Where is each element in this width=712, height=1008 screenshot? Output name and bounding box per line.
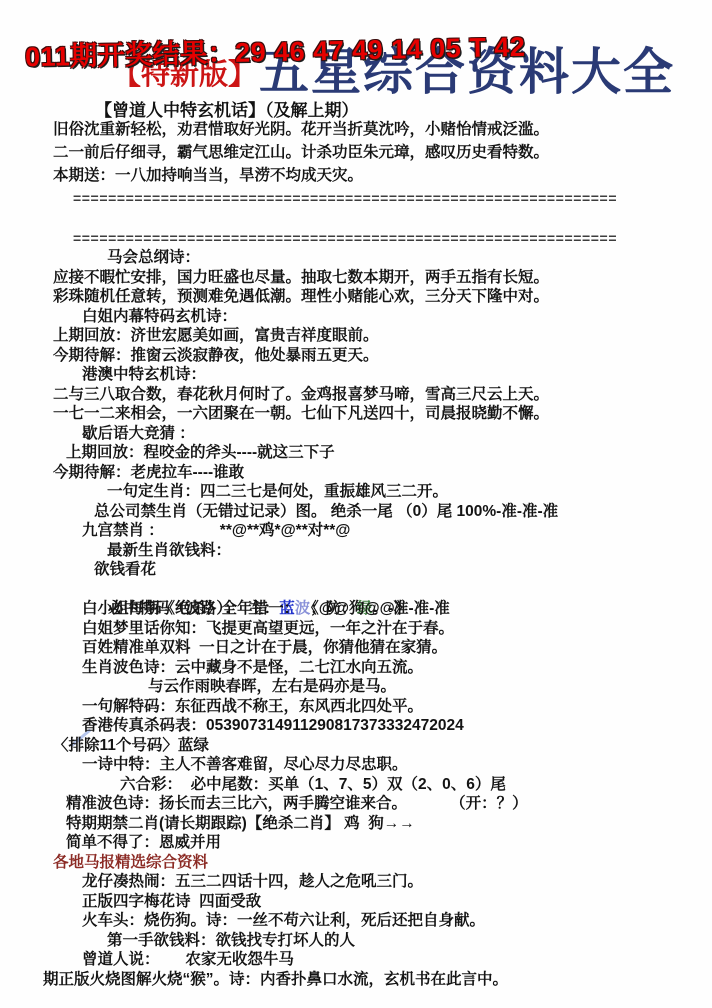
zodiac-wave-verse-1: 生肖波色诗：云中藏身不是怪，二七江水向五流。 bbox=[82, 658, 702, 678]
section-title-baijie: 白姐内幕特码玄机诗： bbox=[82, 307, 702, 327]
baixing-odd-even: 百姓精准单双料 一日之计在于晨，你猜他猜在家猜。 bbox=[82, 638, 702, 658]
exclude-numbers: 〈排除11个号码〉蓝绿 bbox=[53, 736, 702, 756]
section-title-xiehouyu: 歇后语大竞猜 ： bbox=[82, 424, 702, 444]
hk-fax-kill-code-table: 香港传真杀码表：053907314911290817373332472024 bbox=[82, 716, 702, 736]
longzai-verse: 龙仔凑热闹：五三二四话十四，趁人之危吼三门。 bbox=[82, 872, 702, 892]
latest-zodiac-title: 最新生肖欲钱料： bbox=[107, 541, 702, 561]
poem-special-hit: 一诗中特：主人不善客难留，尽心尽力尽忠职。 bbox=[82, 755, 702, 775]
xiehouyu-current-issue: 今期待解：老虎拉车----谁敢 bbox=[53, 463, 702, 483]
baijie-current-issue: 今期待解：推窗云淡寂静夜，他处暴雨五更天。 bbox=[53, 346, 702, 366]
section-title-mahui: 马会总纲诗： bbox=[107, 248, 702, 268]
one-line-zodiac: 一句定生肖：四二三七是何处，重振雄风三二开。 bbox=[107, 482, 702, 502]
plum-blossom-verse: 正版四字梅花诗 四面受敌 bbox=[82, 892, 702, 912]
simple-hint: 简单不得了：恩威并用 bbox=[66, 833, 702, 853]
mahui-verse-2: 彩珠随机任意转，预测难免遇低潮。理性小赌能心欢，三分天下隆中对。 bbox=[53, 287, 702, 307]
intro-line-2: 二一前后仔细寻，霸气思维定江山。计杀功臣朱元璋，感叹历史看特数。 bbox=[53, 141, 702, 164]
banned-two-zodiac: 特期期禁二肖(请长期跟踪)【绝杀二肖】 鸡 狗→→ bbox=[66, 814, 702, 834]
intro-line-1: 旧俗沈重新轻松，劝君惜取好光阴。花开当折莫沈吟，小赌怡情戒泛滥。 bbox=[53, 118, 702, 141]
lottery-info-sheet: 011期开奖结果：29 46 47 49 14 05 T 42 【特新版】 五星… bbox=[0, 0, 712, 1008]
zengdaoren-saying: 曾道人说： 农家无收怨牛马 bbox=[82, 950, 702, 970]
liuhecai-tail-numbers: 六合彩： 必中尾数：买单（1、7、5）双（2、0、6）尾 bbox=[120, 775, 702, 795]
first-hand-clue: 第一手欲钱料：欲钱找专打坏人的人 bbox=[107, 931, 702, 951]
precise-wave-verse: 精准波色诗：扬长而去三比六，两手腾空谁来合。 （开：？） bbox=[66, 794, 702, 814]
jiugong-ban-zodiac: 九宫禁肖 ： **@**鸡*@**对**@ bbox=[82, 521, 702, 541]
gangao-verse-2: 一七一二来相会，一六团聚在一朝。七仙下凡送四十，司晨报晓勤不懈。 bbox=[53, 404, 702, 424]
regional-report-section-title: 各地马报精选综合资料 bbox=[53, 853, 702, 873]
baixiaojie-juesha: 白小姐每期《绝杀》全年错一： 《@@狗@@》 bbox=[82, 599, 702, 619]
yuqian-clue: 欲钱看花 bbox=[94, 560, 702, 580]
section-title-gangao: 港澳中特玄机诗： bbox=[82, 365, 702, 385]
gangao-verse-1: 二与三八取合数，春花秋月何时了。金鸡报喜梦马啼，雪高三尺云上天。 bbox=[53, 385, 702, 405]
mahui-verse-1: 应接不暇忙安排，国力旺盛也尽量。抽取七数本期开，两手五指有长短。 bbox=[53, 268, 702, 288]
fire-burn-diagram-verse: 期正版火烧图解火烧“猴”。诗：内香扑鼻口水流，玄机书在此言中。 bbox=[43, 970, 702, 990]
separator-line: ========================================… bbox=[73, 189, 702, 207]
content: 旧俗沈重新轻松，劝君惜取好光阴。花开当折莫沈吟，小赌怡情戒泛滥。 二一前后仔细寻… bbox=[53, 118, 702, 989]
xiehouyu-last-issue: 上期回放：程咬金的斧头----就这三下子 bbox=[66, 443, 702, 463]
baijie-dream-hint: 白姐梦里话你知：飞提更高望更远，一年之汁在于春。 bbox=[82, 619, 702, 639]
intro-line-3: 本期送：一八加持响当当，旱涝不均成天灾。 bbox=[53, 164, 702, 187]
intro-section: 旧俗沈重新轻松，劝君惜取好光阴。花开当折莫沈吟，小赌怡情戒泛滥。 二一前后仔细寻… bbox=[53, 118, 702, 187]
one-line-special-code: 一句解特码：东征西战不称王，东风西北四处平。 bbox=[82, 697, 702, 717]
separator-line: ========================================… bbox=[73, 229, 702, 247]
header: 011期开奖结果：29 46 47 49 14 05 T 42 【特新版】 五星… bbox=[0, 0, 712, 118]
train-head-verse: 火车头：烧伤狗。诗：一丝不苟六让利，死后还把自身献。 bbox=[82, 911, 702, 931]
baijie-last-issue: 上期回放：济世宏愿美如画，富贵吉祥度眼前。 bbox=[53, 326, 702, 346]
zodiac-wave-verse-2: 与云作雨映春晖，左右是码亦是马。 bbox=[148, 677, 702, 697]
company-ban-zodiac: 总公司禁生肖（无错过记录）图。 绝杀一尾 （0）尾 100%-准-准-准 bbox=[94, 502, 702, 522]
must-hit-wave: 必中特码（波路）： 主：蓝波；防：绿。-准-准-准 bbox=[82, 580, 702, 600]
